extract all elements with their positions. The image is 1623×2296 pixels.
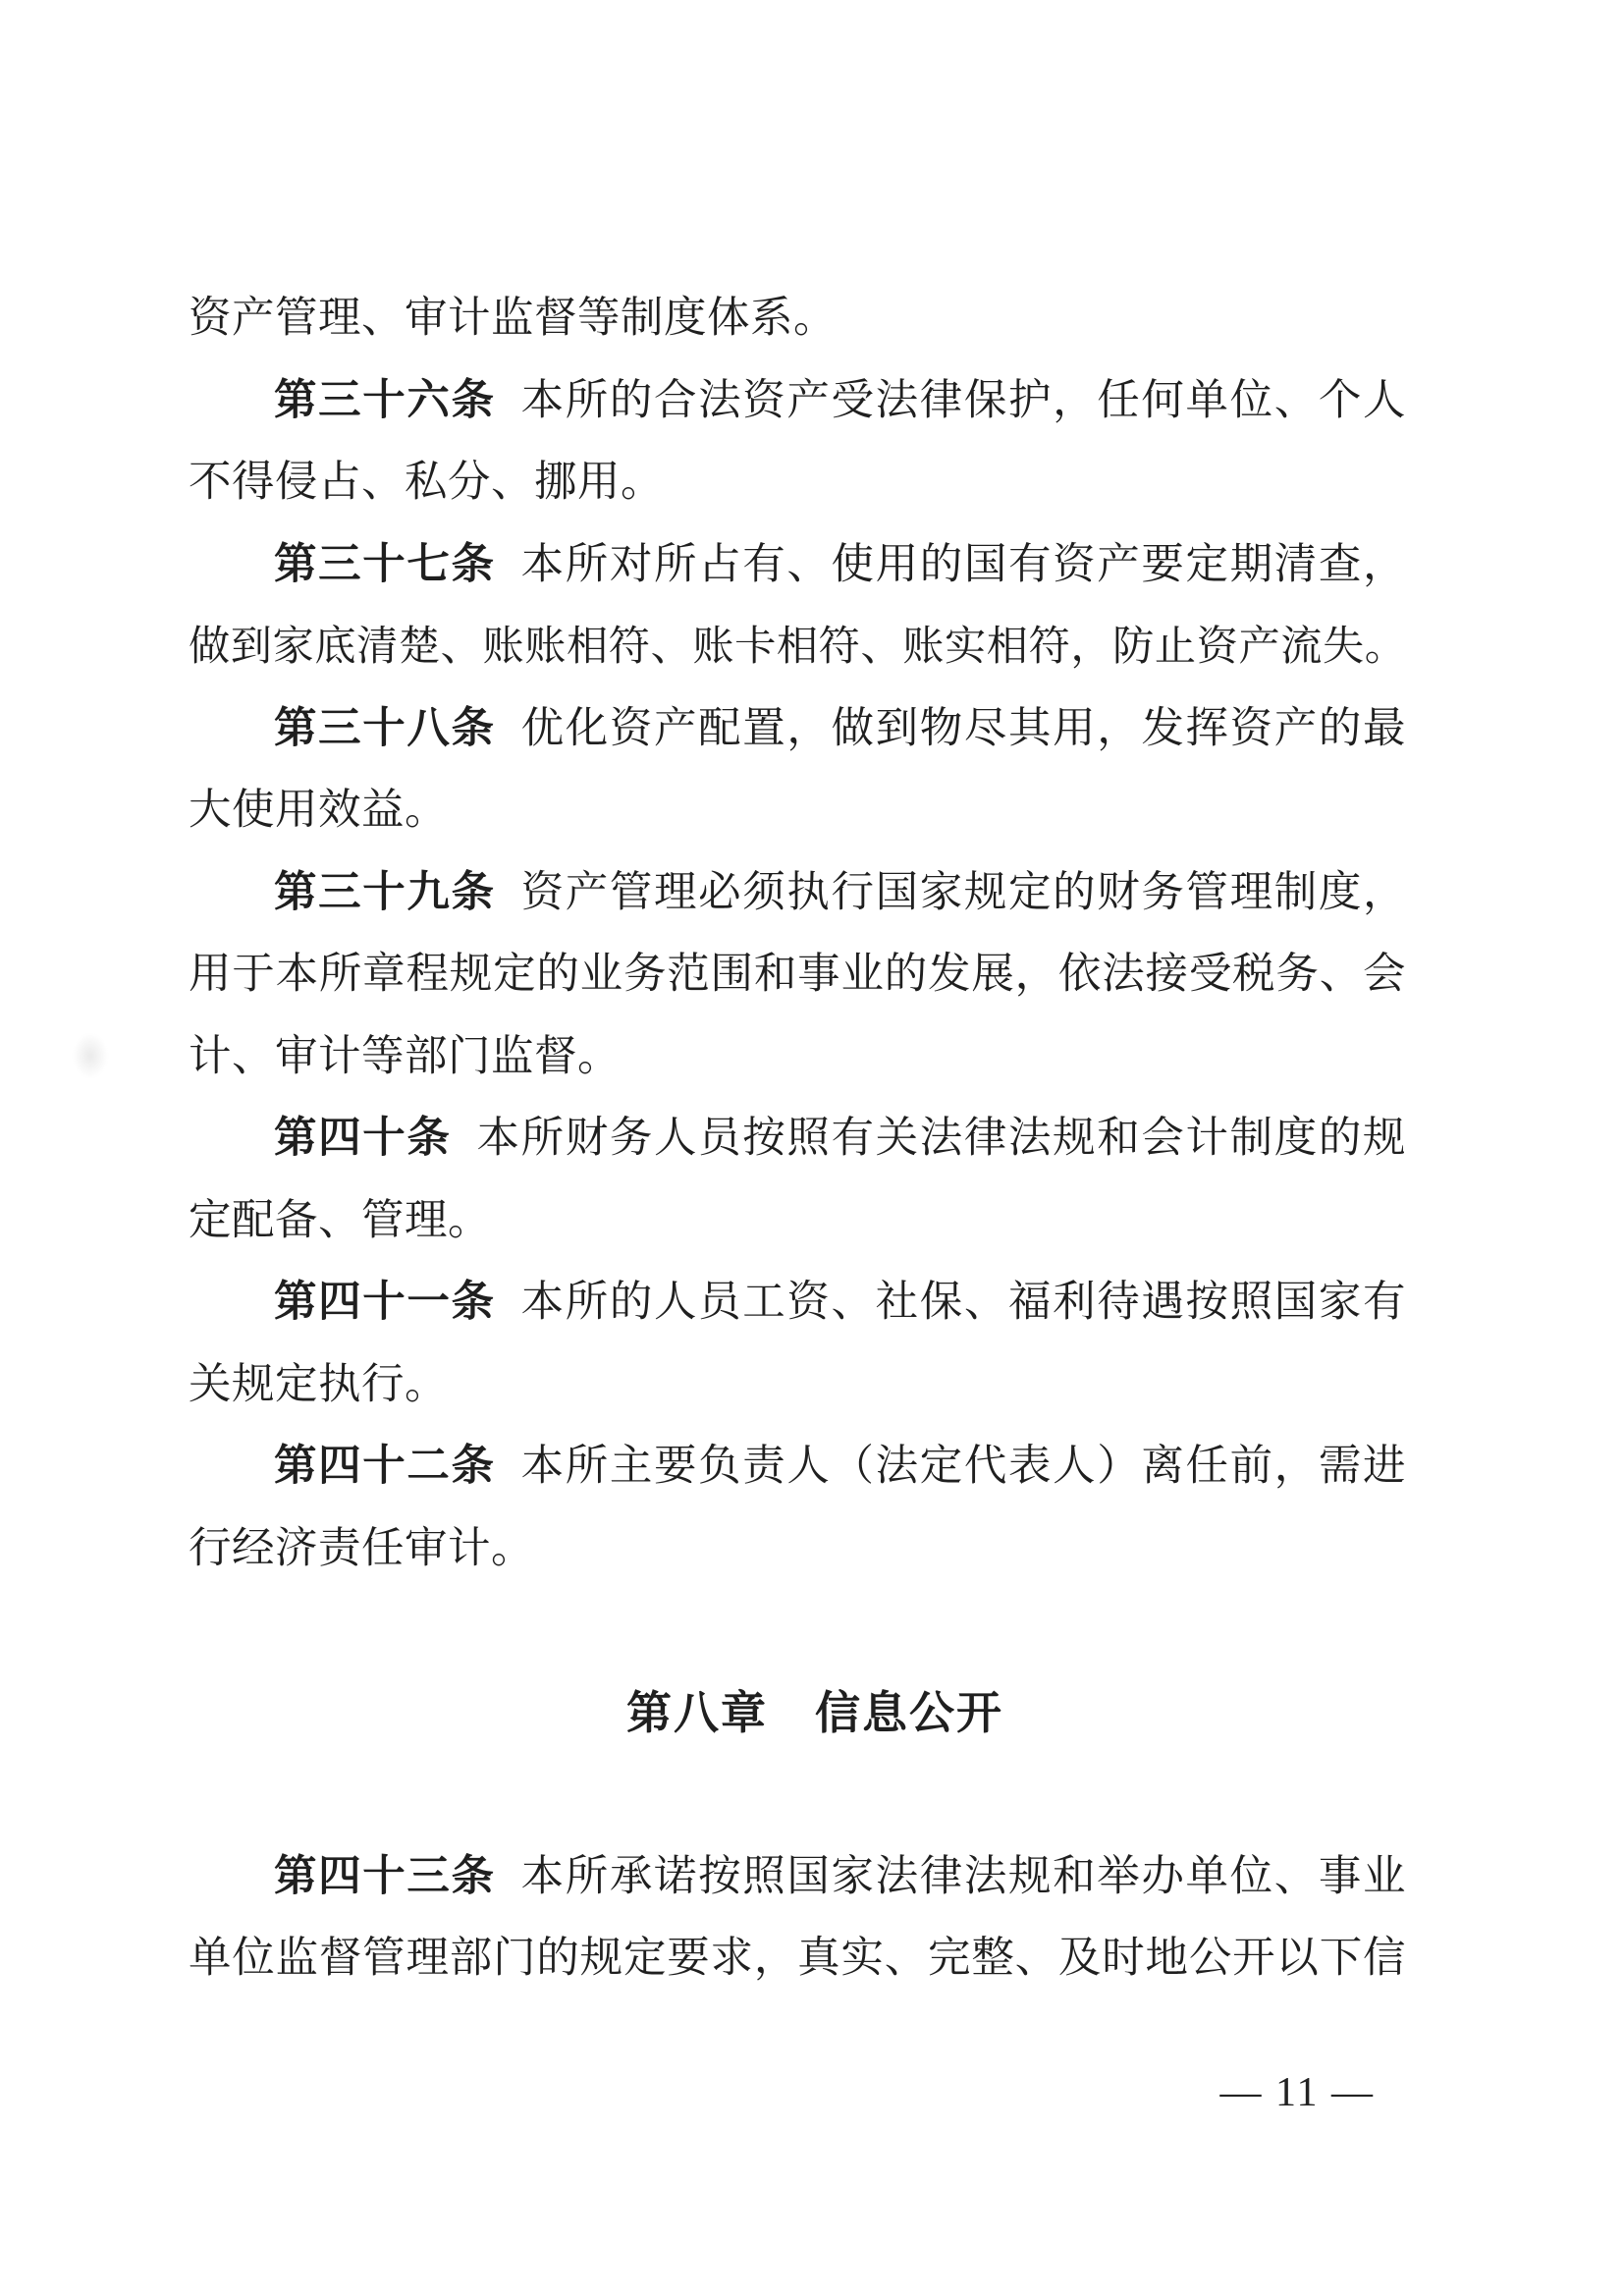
line-text: 做到家底清楚、账账相符、账卡相符、账实相符，防止资产流失。 <box>189 624 1406 670</box>
chapter-heading: 第八章 信息公开 <box>206 1672 1424 1755</box>
article-number: 第四十二条 <box>274 1443 496 1490</box>
article-number: 第三十八条 <box>274 705 496 752</box>
text-line: 行经济责任审计。 <box>189 1508 1406 1591</box>
scan-smudge <box>73 1033 108 1078</box>
text-line: 计、审计等部门监督。 <box>189 1016 1406 1099</box>
line-text: 本所的人员工资、社保、福利待遇按照国家有 <box>521 1279 1406 1326</box>
text-line: 第四十二条本所主要负责人（法定代表人）离任前，需进 <box>189 1426 1406 1508</box>
text-line: 第三十九条资产管理必须执行国家规定的财务管理制度， <box>189 852 1406 935</box>
line-text: 行经济责任审计。 <box>189 1525 534 1572</box>
article-number: 第四十三条 <box>274 1853 496 1900</box>
page-number: — 11 — <box>1220 2060 1375 2125</box>
text-line: 单位监督管理部门的规定要求，真实、完整、及时地公开以下信 <box>189 1918 1406 2000</box>
article-number: 第三十七条 <box>274 541 496 588</box>
text-line: 第三十八条优化资产配置，做到物尽其用，发挥资产的最 <box>189 688 1406 771</box>
blank-line <box>189 1754 1406 1836</box>
line-text: 资产管理、审计监督等制度体系。 <box>189 295 837 342</box>
text-line: 定配备、管理。 <box>189 1180 1406 1263</box>
text-line: 第四十条本所财务人员按照有关法律法规和会计制度的规 <box>189 1098 1406 1180</box>
text-block: 资产管理、审计监督等制度体系。第三十六条本所的合法资产受法律保护，任何单位、个人… <box>189 278 1406 2000</box>
line-text: 本所财务人员按照有关法律法规和会计制度的规 <box>477 1115 1407 1162</box>
text-line: 第四十一条本所的人员工资、社保、福利待遇按照国家有 <box>189 1262 1406 1344</box>
text-line: 第四十三条本所承诺按照国家法律法规和举办单位、事业 <box>189 1836 1406 1919</box>
line-text: 优化资产配置，做到物尽其用，发挥资产的最 <box>521 705 1406 752</box>
article-number: 第三十六条 <box>274 377 496 424</box>
line-text: 用于本所章程规定的业务范围和事业的发展，依法接受税务、会 <box>189 951 1406 998</box>
article-number: 第四十条 <box>274 1115 452 1162</box>
line-text: 单位监督管理部门的规定要求，真实、完整、及时地公开以下信 <box>189 1935 1406 1982</box>
text-line: 用于本所章程规定的业务范围和事业的发展，依法接受税务、会 <box>189 934 1406 1016</box>
line-text: 大使用效益。 <box>189 787 448 834</box>
line-text: 定配备、管理。 <box>189 1197 491 1244</box>
text-line: 做到家底清楚、账账相符、账卡相符、账实相符，防止资产流失。 <box>189 606 1406 688</box>
line-text: 关规定执行。 <box>189 1361 448 1408</box>
article-number: 第四十一条 <box>274 1279 496 1326</box>
article-number: 第三十九条 <box>274 869 496 916</box>
blank-line <box>189 1590 1406 1672</box>
document-page: 资产管理、审计监督等制度体系。第三十六条本所的合法资产受法律保护，任何单位、个人… <box>0 0 1623 2296</box>
line-text: 本所的合法资产受法律保护，任何单位、个人 <box>521 377 1406 424</box>
line-text: 资产管理必须执行国家规定的财务管理制度， <box>521 869 1406 916</box>
line-text: 计、审计等部门监督。 <box>189 1033 621 1080</box>
text-line: 第三十七条本所对所占有、使用的国有资产要定期清查， <box>189 524 1406 607</box>
text-line: 资产管理、审计监督等制度体系。 <box>189 278 1406 360</box>
text-line: 第三十六条本所的合法资产受法律保护，任何单位、个人 <box>189 360 1406 443</box>
line-text: 不得侵占、私分、挪用。 <box>189 459 664 506</box>
text-line: 不得侵占、私分、挪用。 <box>189 442 1406 524</box>
chapter-heading-text: 第八章 信息公开 <box>626 1687 1003 1738</box>
line-text: 本所对所占有、使用的国有资产要定期清查， <box>521 541 1406 588</box>
line-text: 本所主要负责人（法定代表人）离任前，需进 <box>521 1443 1406 1490</box>
text-line: 大使用效益。 <box>189 770 1406 852</box>
line-text: 本所承诺按照国家法律法规和举办单位、事业 <box>521 1853 1406 1900</box>
text-line: 关规定执行。 <box>189 1344 1406 1427</box>
